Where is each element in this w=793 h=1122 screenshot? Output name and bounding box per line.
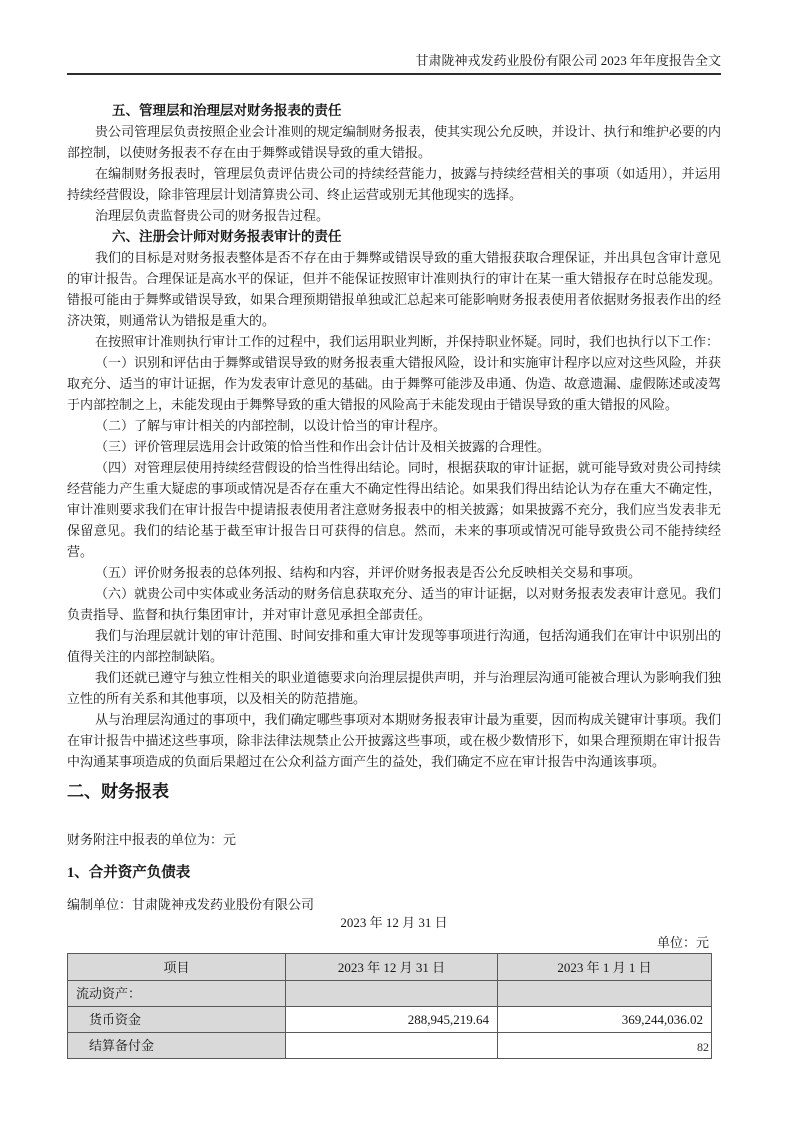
consolidated-balance-sheet-heading: 1、合并资产负债表 <box>67 863 721 883</box>
notes-unit-statement: 财务附注中报表的单位为：元 <box>67 829 721 850</box>
section-5-heading: 五、管理层和治理层对财务报表的责任 <box>67 100 721 121</box>
statement-date: 2023 年 12 月 31 日 <box>67 915 721 931</box>
column-header-prior-period: 2023 年 1 月 1 日 <box>498 954 712 981</box>
section-5-paragraph: 治理层负责监督贵公司的财务报告过程。 <box>67 205 721 226</box>
section-5-paragraph: 在编制财务报表时，管理层负责评估贵公司的持续经营能力，披露与持续经营相关的事项（… <box>67 163 721 205</box>
section-6-paragraph: 我们还就已遵守与独立性相关的职业道德要求向治理层提供声明，并与治理层沟通可能被合… <box>67 667 721 709</box>
section-6-paragraph: 从与治理层沟通过的事项中，我们确定哪些事项对本期财务报表审计最为重要，因而构成关… <box>67 709 721 772</box>
page-number: 82 <box>67 1040 721 1055</box>
header-divider <box>67 73 721 75</box>
page-header-title: 甘肃陇神戎发药业股份有限公司 2023 年年度报告全文 <box>67 52 721 69</box>
section-6-paragraph: （一）识别和评估由于舞弊或错误导致的财务报表重大错报风险，设计和实施审计程序以应… <box>67 352 721 415</box>
table-header-row: 项目 2023 年 12 月 31 日 2023 年 1 月 1 日 <box>68 954 712 981</box>
row-value-current: 288,945,219.64 <box>286 1007 498 1033</box>
page-content: 五、管理层和治理层对财务报表的责任 贵公司管理层负责按照企业会计准则的规定编制财… <box>67 92 721 1059</box>
prepared-by-line: 编制单位：甘肃陇神戎发药业股份有限公司 <box>67 897 721 913</box>
row-value-current <box>286 981 498 1007</box>
table-row: 货币资金 288,945,219.64 369,244,036.02 <box>68 1007 712 1033</box>
section-6-heading: 六、注册会计师对财务报表审计的责任 <box>67 226 721 247</box>
section-6-paragraph: 我们的目标是对财务报表整体是否不存在由于舞弊或错误导致的重大错报获取合理保证，并… <box>67 247 721 331</box>
row-value-prior: 369,244,036.02 <box>498 1007 712 1033</box>
table-row: 流动资产： <box>68 981 712 1007</box>
section-6-paragraph: 在按照审计准则执行审计工作的过程中，我们运用职业判断，并保持职业怀疑。同时，我们… <box>67 331 721 352</box>
unit-label: 单位：元 <box>67 935 721 951</box>
section-6-paragraph: （四）对管理层使用持续经营假设的恰当性得出结论。同时，根据获取的审计证据，就可能… <box>67 457 721 562</box>
row-value-prior <box>498 981 712 1007</box>
section-6-paragraph: （二）了解与审计相关的内部控制，以设计恰当的审计程序。 <box>67 415 721 436</box>
column-header-current-period: 2023 年 12 月 31 日 <box>286 954 498 981</box>
section-6-paragraph: （六）就贵公司中实体或业务活动的财务信息获取充分、适当的审计证据，以对财务报表发… <box>67 583 721 625</box>
section-5-paragraph: 贵公司管理层负责按照企业会计准则的规定编制财务报表，使其实现公允反映，并设计、执… <box>67 121 721 163</box>
section-6-paragraph: 我们与治理层就计划的审计范围、时间安排和重大审计发现等事项进行沟通，包括沟通我们… <box>67 625 721 667</box>
column-header-item: 项目 <box>68 954 286 981</box>
report-page: 甘肃陇神戎发药业股份有限公司 2023 年年度报告全文 五、管理层和治理层对财务… <box>0 0 793 1122</box>
section-6-paragraph: （三）评价管理层选用会计政策的恰当性和作出会计估计及相关披露的合理性。 <box>67 436 721 457</box>
financial-statements-heading: 二、财务报表 <box>67 781 721 803</box>
section-6-paragraph: （五）评价财务报表的总体列报、结构和内容，并评价财务报表是否公允反映相关交易和事… <box>67 562 721 583</box>
row-label-cash: 货币资金 <box>68 1007 286 1033</box>
row-label-current-assets: 流动资产： <box>68 981 286 1007</box>
